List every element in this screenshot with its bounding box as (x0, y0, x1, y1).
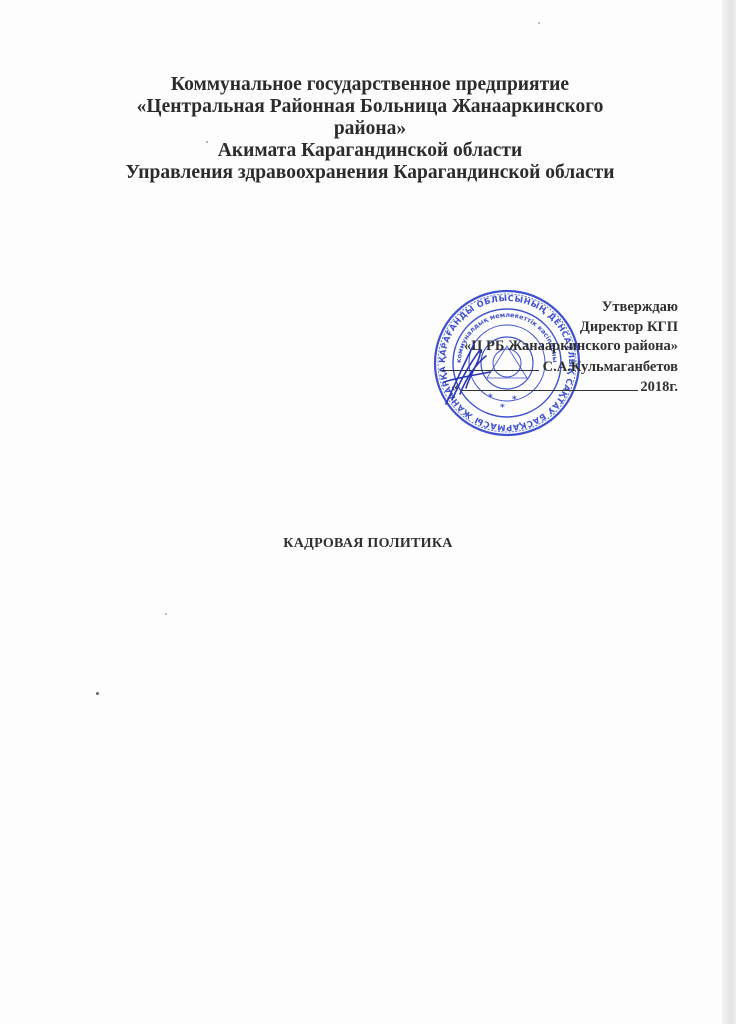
date-year: 2018г. (640, 379, 678, 395)
signatory-name: С.А.Кульмаганбетов (543, 359, 678, 375)
signatory-line: С.А.Кульмаганбетов (378, 357, 678, 378)
signature-icon (440, 338, 500, 408)
header-line-3: района» (60, 118, 680, 140)
approve-label: Утверждаю (378, 298, 678, 318)
header-line-4: Акимата Карагандинской области (60, 140, 680, 162)
date-line: «2018г. (378, 377, 678, 398)
scan-speck (96, 692, 99, 695)
organization-header: Коммунальное государственное предприятие… (60, 74, 680, 184)
scan-speck (165, 613, 167, 615)
scan-speck (206, 141, 208, 143)
organization-name: «Ц РБ Жанааркинского района» (378, 337, 678, 357)
header-line-5: Управления здравоохранения Карагандинско… (60, 162, 680, 184)
header-line-1: Коммунальное государственное предприятие (60, 74, 680, 96)
director-position: Директор КГП (378, 318, 678, 338)
document-title: КАДРОВАЯ ПОЛИТИКА (0, 536, 736, 552)
svg-text:*: * (500, 403, 505, 413)
header-line-2: «Центральная Районная Больница Жанааркин… (60, 96, 680, 118)
approval-block: Утверждаю Директор КГП «Ц РБ Жанааркинск… (378, 298, 678, 398)
scan-speck (538, 22, 540, 24)
scan-edge-shadow (722, 0, 736, 1024)
